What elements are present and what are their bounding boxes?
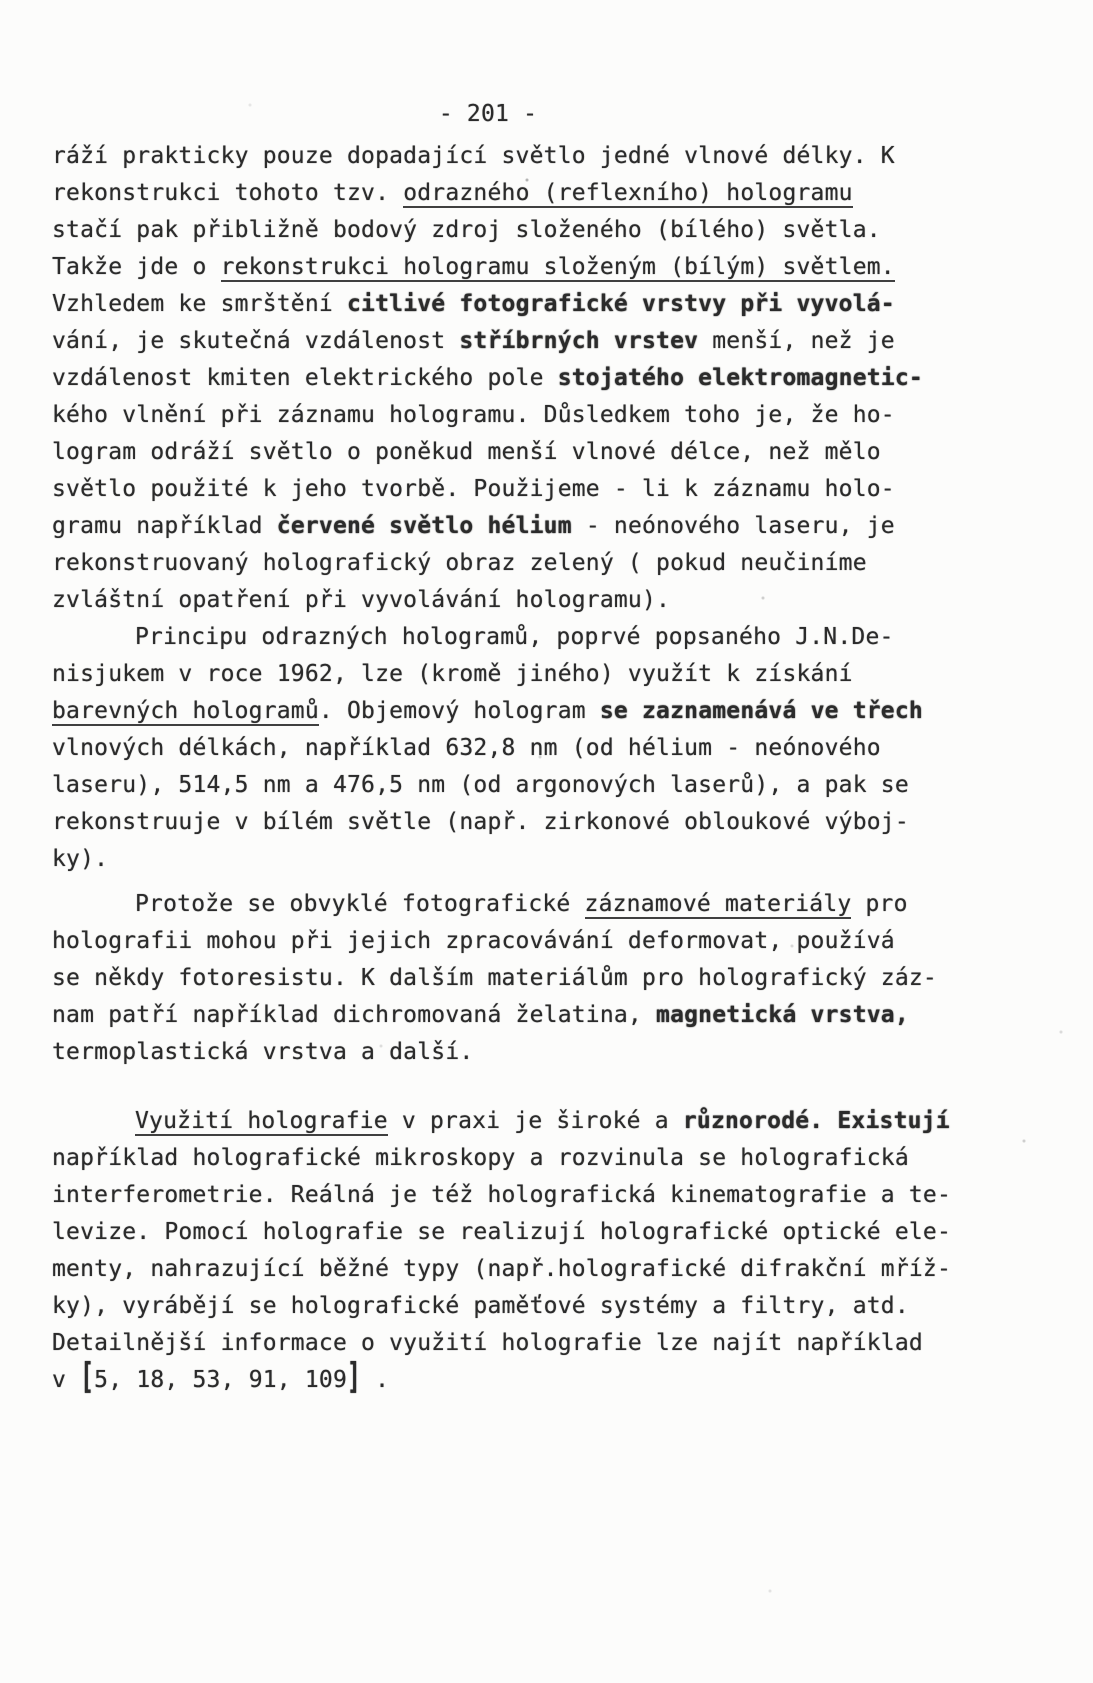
text-line: vání, je skutečná vzdálenost stříbrných …: [52, 323, 952, 360]
text-line: laseru), 514,5 nm a 476,5 nm (od argonov…: [52, 767, 952, 804]
text-segment: Protože se obvyklé fotografické: [135, 891, 585, 917]
text-segment: vlnových délkách, například 632,8 nm (od…: [52, 735, 881, 761]
text-segment: citlivé fotografické vrstvy při vyvolá-: [347, 291, 895, 317]
text-segment: ky).: [52, 846, 108, 872]
paragraph: Využití holografie v praxi je široké a r…: [52, 1103, 952, 1399]
text-segment: .: [361, 1367, 389, 1393]
text-segment: - neónového laseru, je: [572, 513, 895, 539]
text-line: Vzhledem ke smrštění citlivé fotografick…: [52, 286, 952, 323]
text-segment: světlo použité k jeho tvorbě. Použijeme …: [52, 476, 895, 502]
text-segment: ráží prakticky pouze dopadající světlo j…: [52, 143, 895, 169]
text-segment: pro: [851, 891, 907, 917]
text-segment: menty, nahrazující běžné typy (např.holo…: [52, 1256, 951, 1282]
text-segment: stojatého elektromagnetic-: [558, 365, 923, 391]
text-line: rekonstruovaný holografický obraz zelený…: [52, 545, 952, 582]
text-line: Principu odrazných hologramů, poprvé pop…: [52, 619, 952, 656]
text-line: zvláštní opatření při vyvolávání hologra…: [52, 582, 952, 619]
text-line: Detailnější informace o využití holograf…: [52, 1325, 952, 1362]
text-line: holografii mohou při jejich zpracovávání…: [52, 923, 952, 960]
text-line: se někdy fotoresistu. K dalším materiálů…: [52, 960, 952, 997]
text-segment: . Objemový hologram: [319, 698, 600, 724]
text-segment: vzdálenost kmiten elektrického pole: [52, 365, 558, 391]
text-line: termoplastická vrstva a další.: [52, 1034, 952, 1071]
text-segment: logram odráží světlo o poněkud menší vln…: [52, 439, 881, 465]
text-segment: rekonstruuje v bílém světle (např. zirko…: [52, 809, 909, 835]
text-line: světlo použité k jeho tvorbě. Použijeme …: [52, 471, 952, 508]
text-column: ráží prakticky pouze dopadající světlo j…: [52, 138, 952, 1399]
reference-bracket: ]: [347, 1349, 361, 1406]
text-line: nisjukem v roce 1962, lze (kromě jiného)…: [52, 656, 952, 693]
text-segment: různorodé. Existují: [683, 1108, 950, 1134]
text-line: Takže jde o rekonstrukci hologramu slože…: [52, 249, 952, 286]
text-segment: vání, je skutečná vzdálenost: [52, 328, 459, 354]
text-segment: holografii mohou při jejich zpracovávání…: [52, 928, 895, 954]
text-segment: Detailnější informace o využití holograf…: [52, 1330, 923, 1356]
text-segment: se někdy fotoresistu. K dalším materiálů…: [52, 965, 937, 991]
text-segment: rekonstrukci tohoto tzv.: [52, 180, 403, 206]
text-line: ráží prakticky pouze dopadající světlo j…: [52, 138, 952, 175]
text-line: interferometrie. Reálná je též holografi…: [52, 1177, 952, 1214]
underlined-phrase: rekonstrukci hologramu složeným (bílým) …: [221, 254, 895, 282]
text-segment: zvláštní opatření při vyvolávání hologra…: [52, 587, 670, 613]
text-line: kého vlnění při záznamu hologramu. Důsle…: [52, 397, 952, 434]
text-segment: například holografické mikroskopy a rozv…: [52, 1145, 909, 1171]
text-line: Protože se obvyklé fotografické záznamov…: [52, 886, 952, 923]
page-number: - 201 -: [52, 96, 924, 133]
paragraph: Principu odrazných hologramů, poprvé pop…: [52, 619, 952, 878]
text-segment: kého vlnění při záznamu hologramu. Důsle…: [52, 402, 895, 428]
text-line: ky).: [52, 841, 952, 878]
text-segment: laseru), 514,5 nm a 476,5 nm (od argonov…: [52, 772, 909, 798]
text-segment: v praxi je široké a: [388, 1108, 683, 1134]
text-line: menty, nahrazující běžné typy (např.holo…: [52, 1251, 952, 1288]
text-segment: Principu odrazných hologramů, poprvé pop…: [135, 624, 894, 650]
text-segment: ky), vyrábějí se holografické paměťové s…: [52, 1293, 909, 1319]
text-segment: menší, než je: [698, 328, 895, 354]
text-line: vzdálenost kmiten elektrického pole stoj…: [52, 360, 952, 397]
text-segment: stříbrných vrstev: [459, 328, 698, 354]
reference-bracket: [: [80, 1349, 94, 1406]
text-line: například holografické mikroskopy a rozv…: [52, 1140, 952, 1177]
text-segment: Vzhledem ke smrštění: [52, 291, 347, 317]
paragraph: Protože se obvyklé fotografické záznamov…: [52, 886, 952, 1071]
text-segment: 5, 18, 53, 91, 109: [94, 1367, 347, 1393]
text-segment: červené světlo hélium: [277, 513, 572, 539]
text-segment: interferometrie. Reálná je též holografi…: [52, 1182, 951, 1208]
text-line: nam patří například dichromovaná želatin…: [52, 997, 952, 1034]
text-line: vlnových délkách, například 632,8 nm (od…: [52, 730, 952, 767]
text-segment: Takže jde o: [52, 254, 221, 280]
text-line: gramu například červené světlo hélium - …: [52, 508, 952, 545]
text-segment: stačí pak přibližně bodový zdroj složené…: [52, 217, 881, 243]
text-line: stačí pak přibližně bodový zdroj složené…: [52, 212, 952, 249]
text-line: levize. Pomocí holografie se realizují h…: [52, 1214, 952, 1251]
text-line: ky), vyrábějí se holografické paměťové s…: [52, 1288, 952, 1325]
underlined-phrase: barevných hologramů: [52, 698, 319, 726]
text-segment: v: [52, 1367, 80, 1393]
text-segment: magnetická vrstva,: [656, 1002, 909, 1028]
scanned-page: - 201 - ráží prakticky pouze dopadající …: [0, 0, 1093, 1683]
text-line: rekonstrukci tohoto tzv. odrazného (refl…: [52, 175, 952, 212]
text-segment: nisjukem v roce 1962, lze (kromě jiného)…: [52, 661, 853, 687]
underlined-phrase: odrazného (reflexního) hologramu: [403, 180, 853, 208]
underlined-phrase: záznamové materiály: [585, 891, 852, 919]
text-segment: gramu například: [52, 513, 277, 539]
paragraph: ráží prakticky pouze dopadající světlo j…: [52, 138, 952, 619]
text-segment: levize. Pomocí holografie se realizují h…: [52, 1219, 951, 1245]
text-line: Využití holografie v praxi je široké a r…: [52, 1103, 952, 1140]
text-line: barevných hologramů. Objemový hologram s…: [52, 693, 952, 730]
text-line: rekonstruuje v bílém světle (např. zirko…: [52, 804, 952, 841]
text-segment: nam patří například dichromovaná želatin…: [52, 1002, 656, 1028]
text-segment: termoplastická vrstva a další.: [52, 1039, 473, 1065]
underlined-phrase: Využití holografie: [135, 1108, 388, 1136]
text-segment: rekonstruovaný holografický obraz zelený…: [52, 550, 867, 576]
text-line: logram odráží světlo o poněkud menší vln…: [52, 434, 952, 471]
text-line: v [5, 18, 53, 91, 109] .: [52, 1362, 952, 1399]
text-segment: se zaznamenává ve třech: [600, 698, 923, 724]
